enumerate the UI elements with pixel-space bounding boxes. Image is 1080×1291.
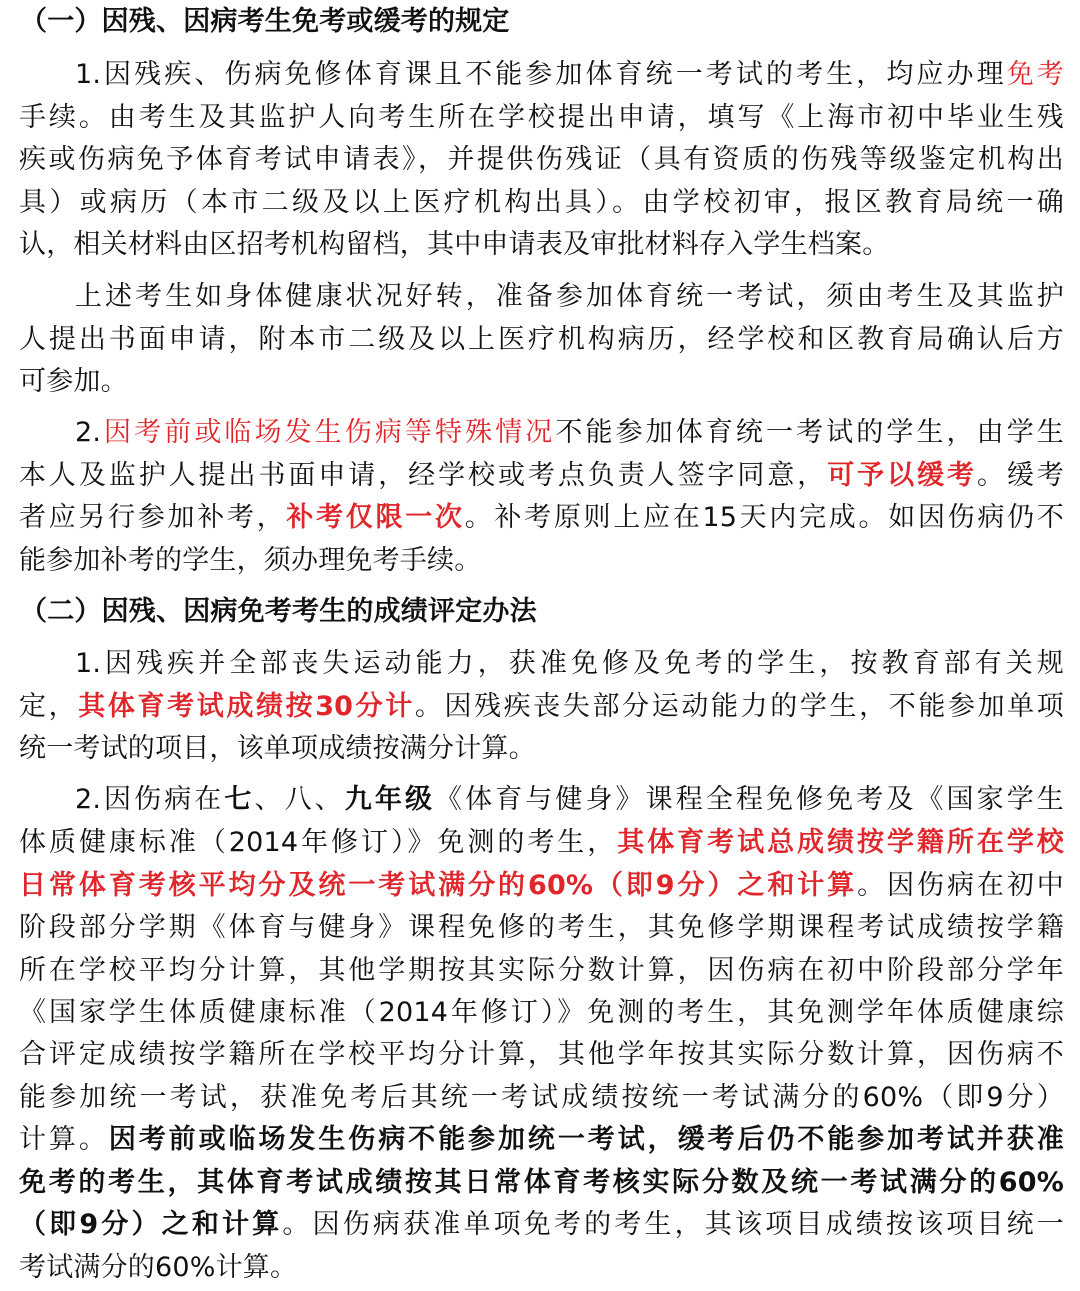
body-text: 2.因伤病在 [75, 784, 224, 815]
paragraph-line: 认，相关材料由区招考机构留档，其中申请表及审批材料存入学生档案。 [19, 224, 1064, 266]
body-text: 统一考试的项目，该单项成绩按满分计算。 [19, 733, 536, 764]
highlighted-text: 日常体育考核平均分及统一考试满分的60%（即9分）之和计算 [19, 870, 857, 901]
paragraph-line: 人提出书面申请，附本市二级及以上医疗机构病历，经学校和区教育局确认后方 [19, 319, 1064, 361]
paragraph-line: 可参加。 [19, 361, 1064, 403]
body-text: 2. [75, 417, 101, 448]
body-text: 具）或病历（本市二级及以上医疗机构出具）。由学校初审，报区教育局统一确 [19, 187, 1064, 218]
highlighted-text: 补考仅限一次 [286, 502, 464, 533]
paragraph-line: 手续。由考生及其监护人向考生所在学校提出申请，填写《上海市初中毕业生残 [19, 97, 1064, 139]
section-heading: （二）因残、因病免考考生的成绩评定办法 [20, 591, 1065, 633]
body-text: 1.因残疾并全部丧失运动能力，获准免修及免考的学生，按教育部有关规 [75, 648, 1064, 679]
paragraph-line: 2.因考前或临场发生伤病等特殊情况不能参加体育统一考试的学生，由学生 [75, 412, 1064, 454]
body-text: 定， [19, 691, 78, 722]
paragraph-line: 能参加补考的学生，须办理免考手续。 [19, 540, 1064, 582]
highlighted-text: 七 [224, 784, 254, 815]
body-text: 《国家学生体质健康标准（2014年修订）》免测的考生，其免测学年体质健康综 [19, 997, 1064, 1028]
paragraph-line: 上述考生如身体健康状况好转，准备参加体育统一考试，须由考生及其监护 [75, 276, 1064, 318]
body-text: 。因伤病获准单项免考的考生，其该项目成绩按该项目统一 [282, 1209, 1064, 1240]
body-text: 可参加。 [19, 366, 128, 397]
body-text: 《体育与健身》课程全程免修免考及《国家学生 [435, 784, 1064, 815]
body-text: 。因伤病在初中 [857, 870, 1064, 901]
paragraph-line: 1.因残疾、伤病免修体育课且不能参加体育统一考试的考生，均应办理免考 [75, 54, 1064, 96]
paragraph-line: 所在学校平均分计算，其他学期按其实际分数计算，因伤病在初中阶段部分学年 [19, 950, 1064, 992]
body-text: 。补考原则上应在15天内完成。如因伤病仍不 [465, 502, 1064, 533]
paragraph-line: 者应另行参加补考，补考仅限一次。补考原则上应在15天内完成。如因伤病仍不 [19, 497, 1064, 539]
paragraph-line: 疾或伤病免予体育考试申请表》，并提供伤残证（具有资质的伤残等级鉴定机构出 [19, 139, 1064, 181]
highlighted-text: 其体育考试总成绩按学籍所在学校 [617, 827, 1064, 858]
paragraph-line: 具）或病历（本市二级及以上医疗机构出具）。由学校初审，报区教育局统一确 [19, 182, 1064, 224]
body-text: 1.因残疾、伤病免修体育课且不能参加体育统一考试的考生，均应办理 [75, 59, 1007, 90]
highlighted-text: （即9分）之和计算 [19, 1209, 282, 1240]
paragraph-line: 本人及监护人提出书面申请，经学校或考点负责人签字同意，可予以缓考。缓考 [19, 455, 1064, 497]
paragraph-line: 定，其体育考试成绩按30分计。因残疾丧失部分运动能力的学生，不能参加单项 [19, 686, 1064, 728]
paragraph-line: 《国家学生体质健康标准（2014年修订）》免测的考生，其免测学年体质健康综 [19, 992, 1064, 1034]
body-text: 本人及监护人提出书面申请，经学校或考点负责人签字同意， [19, 460, 827, 491]
body-text: 手续。由考生及其监护人向考生所在学校提出申请，填写《上海市初中毕业生残 [19, 102, 1064, 133]
body-text: 者应另行参加补考， [19, 502, 286, 533]
body-text: 考试满分的60%计算。 [19, 1252, 297, 1283]
body-text: 疾或伤病免予体育考试申请表》，并提供伤残证（具有资质的伤残等级鉴定机构出 [19, 144, 1064, 175]
body-text: 不能参加体育统一考试的学生，由学生 [555, 417, 1064, 448]
paragraph-line: 体质健康标准（2014年修订）》免测的考生，其体育考试总成绩按学籍所在学校 [19, 822, 1064, 864]
paragraph-line: 计算。因考前或临场发生伤病不能参加统一考试，缓考后仍不能参加考试并获准 [19, 1119, 1064, 1161]
highlighted-text: 免考的考生，其体育考试成绩按其日常体育考核实际分数及统一考试满分的60% [19, 1167, 1064, 1198]
body-text: 计算。 [19, 1124, 109, 1155]
paragraph-line: 阶段部分学期《体育与健身》课程免修的考生，其免修学期课程考试成绩按学籍 [19, 907, 1064, 949]
body-text: 合评定成绩按学籍所在学校平均分计算，其他学年按其实际分数计算，因伤病不 [19, 1039, 1064, 1070]
paragraph-line: 能参加统一考试，获准免考后其统一考试成绩按统一考试满分的60%（即9分） [19, 1077, 1064, 1119]
body-text: 阶段部分学期《体育与健身》课程免修的考生，其免修学期课程考试成绩按学籍 [19, 912, 1064, 943]
body-text: 人提出书面申请，附本市二级及以上医疗机构病历，经学校和区教育局确认后方 [19, 324, 1064, 355]
paragraph-line: 合评定成绩按学籍所在学校平均分计算，其他学年按其实际分数计算，因伤病不 [19, 1034, 1064, 1076]
highlighted-text: 因考前或临场发生伤病等特殊情况 [101, 417, 555, 448]
body-text: 体质健康标准（2014年修订）》免测的考生， [19, 827, 617, 858]
paragraph-line: 2.因伤病在七、八、九年级《体育与健身》课程全程免修免考及《国家学生 [75, 779, 1064, 821]
paragraph-line: （即9分）之和计算。因伤病获准单项免考的考生，其该项目成绩按该项目统一 [19, 1204, 1064, 1246]
paragraph-line: 免考的考生，其体育考试成绩按其日常体育考核实际分数及统一考试满分的60% [19, 1162, 1064, 1204]
paragraph-line: 统一考试的项目，该单项成绩按满分计算。 [19, 728, 1064, 770]
body-text: 、八、 [255, 784, 345, 815]
body-text: 上述考生如身体健康状况好转，准备参加体育统一考试，须由考生及其监护 [75, 281, 1064, 312]
section-heading: （一）因残、因病考生免考或缓考的规定 [20, 1, 1065, 43]
highlighted-text: 其体育考试成绩按30分计 [78, 691, 415, 722]
highlighted-text: 九年级 [345, 784, 435, 815]
paragraph-line: 日常体育考核平均分及统一考试满分的60%（即9分）之和计算。因伤病在初中 [19, 865, 1064, 907]
highlighted-text: 免考 [1007, 59, 1064, 90]
paragraph-line: 1.因残疾并全部丧失运动能力，获准免修及免考的学生，按教育部有关规 [75, 643, 1064, 685]
body-text: 能参加补考的学生，须办理免考手续。 [19, 545, 481, 576]
paragraph-line: 考试满分的60%计算。 [19, 1247, 1064, 1289]
highlighted-text: 可予以缓考 [827, 460, 977, 491]
body-text: 认，相关材料由区招考机构留档，其中申请表及审批材料存入学生档案。 [19, 229, 889, 260]
body-text: 能参加统一考试，获准免考后其统一考试成绩按统一考试满分的60%（即9分） [19, 1082, 1064, 1113]
body-text: 。因残疾丧失部分运动能力的学生，不能参加单项 [415, 691, 1064, 722]
body-text: 。缓考 [977, 460, 1064, 491]
body-text: 所在学校平均分计算，其他学期按其实际分数计算，因伤病在初中阶段部分学年 [19, 955, 1064, 986]
highlighted-text: 因考前或临场发生伤病不能参加统一考试，缓考后仍不能参加考试并获准 [109, 1124, 1064, 1155]
